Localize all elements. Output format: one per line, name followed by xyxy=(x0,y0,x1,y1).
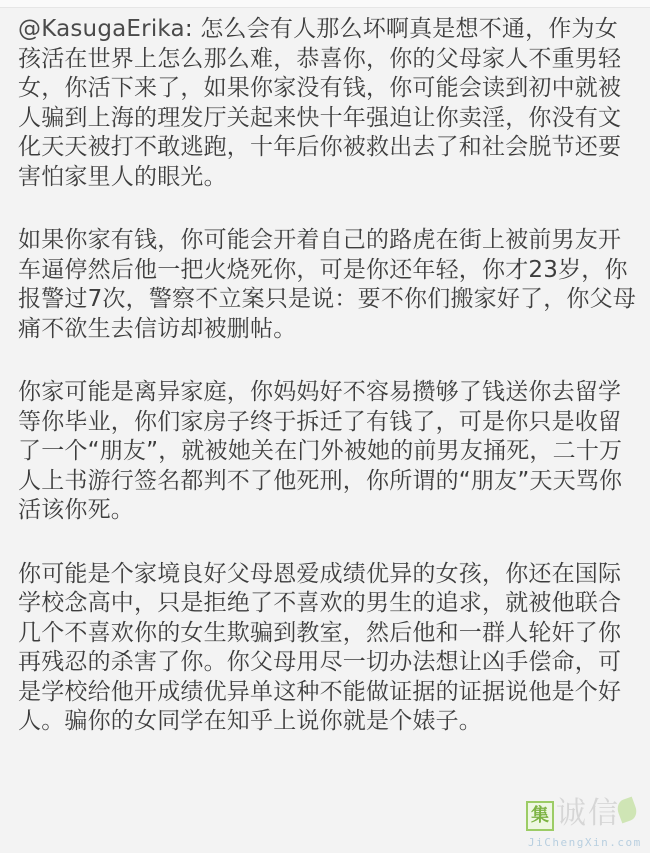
mention-separator: : xyxy=(185,16,200,42)
paragraph-3: 你家可能是离异家庭，你妈妈好不容易攒够了钱送你去留学等你毕业，你们家房子终于拆迁… xyxy=(18,378,638,526)
watermark-logo-icon: 集 xyxy=(526,801,554,831)
top-strip xyxy=(0,0,650,8)
paragraph-4: 你可能是个家境良好父母恩爱成绩优异的女孩，你还在国际学校念高中，只是拒绝了不喜欢… xyxy=(18,560,638,737)
post-body: @KasugaErika: 怎么会有人那么坏啊真是想不通，作为女孩活在世界上怎么… xyxy=(18,15,638,771)
user-mention[interactable]: @KasugaErika xyxy=(18,16,185,42)
paragraph-2: 如果你家有钱，你可能会开着自己的路虎在街上被前男友开车逼停然后他一把火烧死你，可… xyxy=(18,226,638,344)
watermark-text: 诚信 xyxy=(556,797,620,831)
watermark: 集 诚信 JiChengXin.com xyxy=(518,795,646,851)
paragraph-text: 怎么会有人那么坏啊真是想不通，作为女孩活在世界上怎么那么难，恭喜你，你的父母家人… xyxy=(18,16,621,190)
watermark-url: JiChengXin.com xyxy=(528,836,642,849)
paragraph-1: @KasugaErika: 怎么会有人那么坏啊真是想不通，作为女孩活在世界上怎么… xyxy=(18,15,638,192)
